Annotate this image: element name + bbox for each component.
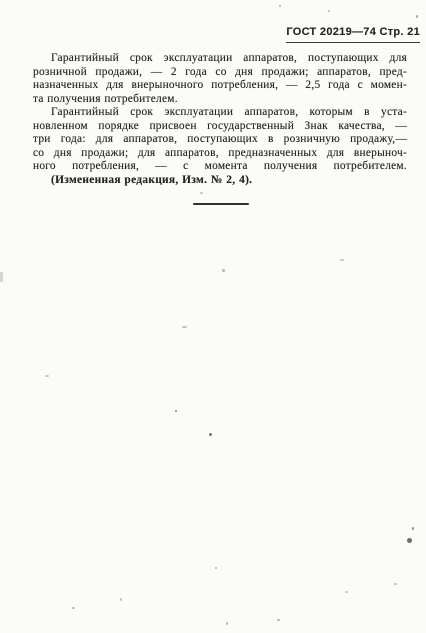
scan-speck — [215, 567, 217, 569]
scan-speck — [222, 269, 225, 272]
scan-speck — [226, 622, 228, 625]
text-line: Гарантийный срок эксплуатации аппаратов,… — [33, 106, 407, 120]
scan-speck — [407, 538, 412, 543]
scan-speck — [120, 598, 122, 601]
section-divider — [193, 203, 249, 205]
text-line: ного потребления, — с момента получения … — [33, 160, 407, 174]
page-header-text: ГОСТ 20219—74 Стр. 21 — [286, 26, 420, 38]
scan-speck — [328, 10, 330, 12]
scan-speck — [416, 15, 418, 18]
scan-speck — [200, 192, 203, 194]
text-line: розничной продажи, — 2 года со дня прода… — [33, 66, 407, 80]
scan-speck — [45, 375, 49, 377]
scan-speck — [279, 5, 281, 7]
paragraph-2: Гарантийный срок эксплуатации аппаратов,… — [33, 106, 407, 174]
text-line: Гарантийный срок эксплуатации аппаратов,… — [33, 52, 407, 66]
text-line: три года: для аппаратов, поступающих в р… — [33, 133, 407, 147]
scan-speck — [412, 527, 414, 530]
scan-speck — [72, 607, 75, 609]
text-line: со дня продажи; для аппаратов, предназна… — [33, 147, 407, 161]
scan-speck — [345, 591, 348, 593]
scan-speck — [182, 326, 187, 328]
text-line: назначенных для внерыночного потребления… — [33, 79, 407, 93]
scan-speck — [277, 619, 280, 621]
paragraph-1: Гарантийный срок эксплуатации аппаратов,… — [33, 52, 407, 106]
scan-speck — [0, 272, 3, 282]
text-line: новленном порядке присвоен государственн… — [33, 120, 407, 134]
document-page: ГОСТ 20219—74 Стр. 21 Гарантийный срок э… — [0, 0, 426, 633]
text-line: та получения потребителем. — [33, 93, 407, 107]
scan-speck — [209, 433, 212, 436]
scan-speck — [175, 410, 177, 412]
scan-speck — [340, 259, 344, 261]
document-body: Гарантийный срок эксплуатации аппаратов,… — [33, 52, 407, 187]
page-header: ГОСТ 20219—74 Стр. 21 — [286, 26, 420, 43]
scan-speck — [394, 583, 397, 585]
amendment-note: (Измененная редакция, Изм. № 2, 4). — [33, 174, 407, 188]
